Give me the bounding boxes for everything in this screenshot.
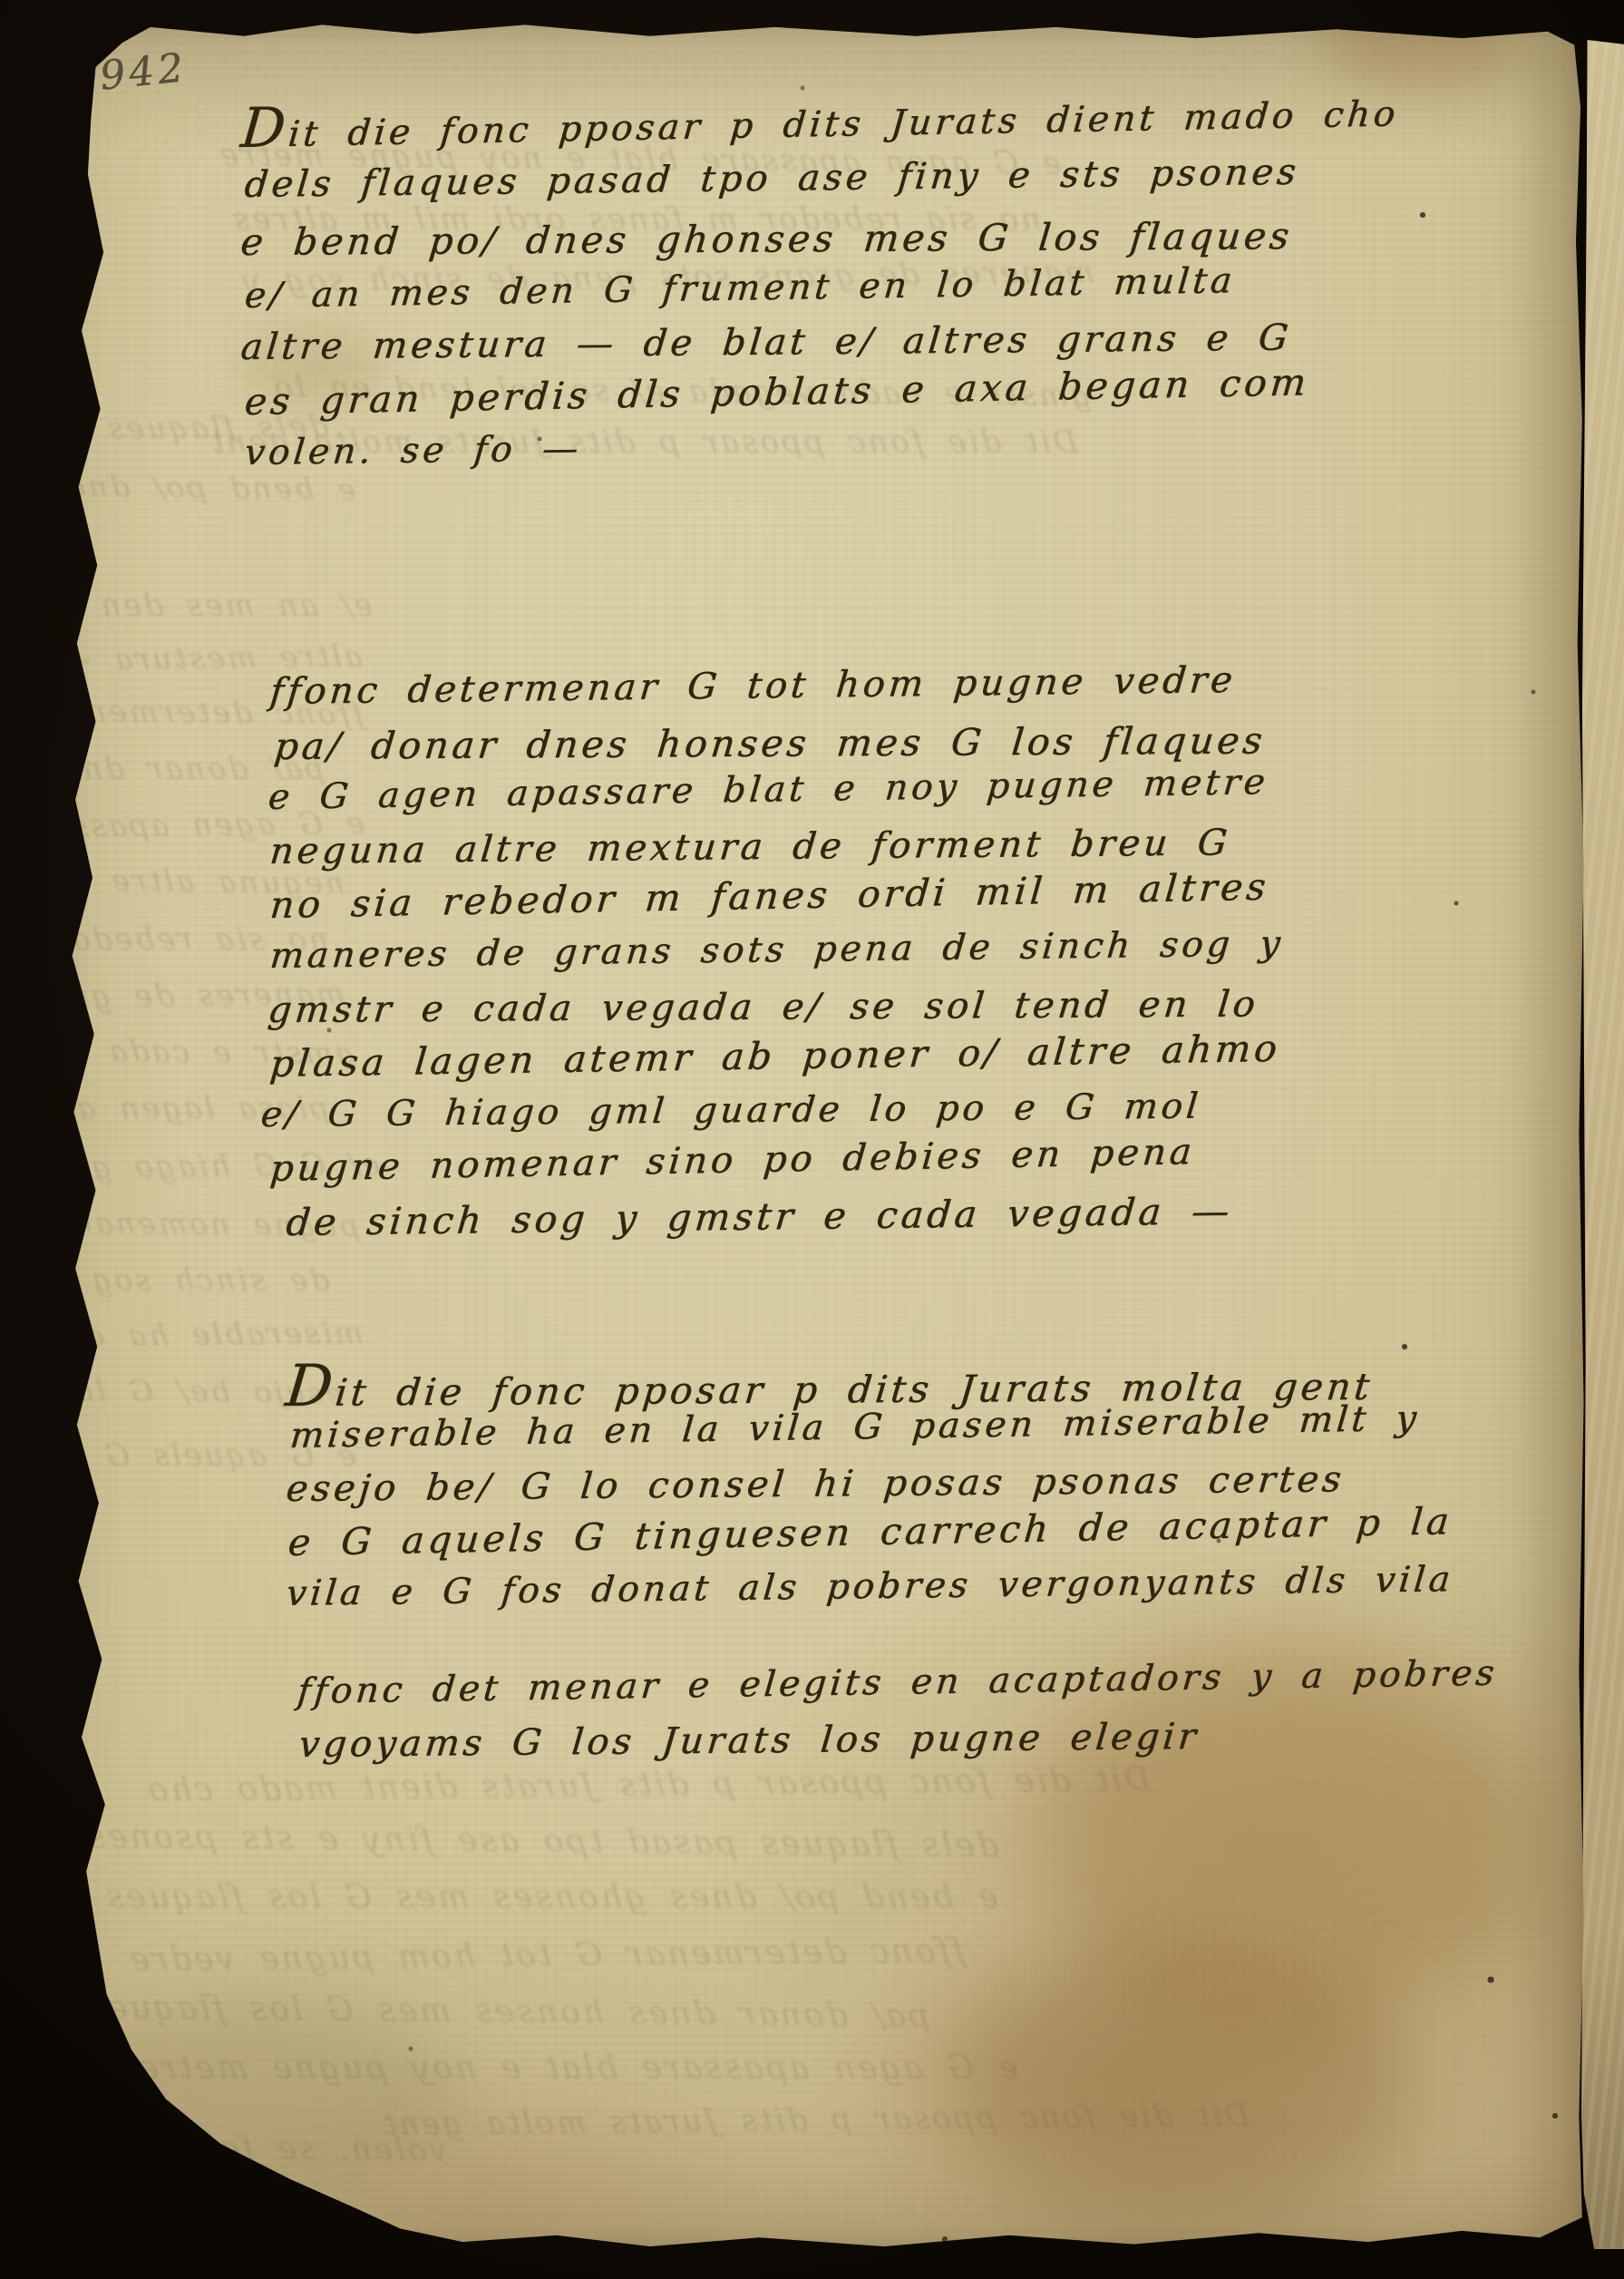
bleedthrough-line: e bend po/ dnes bbox=[45, 468, 357, 507]
text-line: dels flaques pasad tpo ase finy e sts ps… bbox=[243, 151, 1301, 206]
bleedthrough-line: e G agen apassare blat e noy pugne metre bbox=[134, 2050, 1020, 2087]
bleedthrough-line: altre mestura — bbox=[56, 638, 365, 677]
bleedthrough-line: gmstr e cada ve bbox=[44, 1032, 357, 1071]
bleedthrough-line: gmstr e cada vegada e/ se sol tend en lo bbox=[270, 369, 1093, 414]
stain-top-right bbox=[1322, 0, 1522, 91]
text-line: no sia rebedor m fanes ordi mil m altres bbox=[268, 865, 1271, 927]
bleedthrough-line: miserable ha en bbox=[60, 1315, 365, 1353]
bleedthrough-line: no sia rebedor bbox=[51, 921, 330, 957]
paper-texture bbox=[25, 18, 1587, 2251]
handwritten-text-layer: Dit die fonc pposar p dits Jurats dient … bbox=[25, 18, 1587, 2251]
text-line: ffonc determenar G tot hom pugne vedre bbox=[268, 659, 1238, 713]
bleedthrough-line: e G agen apassare blat e noy pugne metre bbox=[216, 137, 1064, 182]
stain-bottom-right-2 bbox=[941, 1950, 1413, 2222]
text-line: maneres de grans sots pena de sinch sog … bbox=[268, 923, 1286, 977]
bleedthrough-line: esejo be/ G lo bbox=[71, 1372, 345, 1410]
manuscript-page: e G agen apassare blat e noy pugne metre… bbox=[25, 18, 1587, 2251]
page-number: 942 bbox=[98, 44, 190, 100]
text-line: e/ G G hiago gml guarde lo po e G mol bbox=[259, 1086, 1203, 1135]
bleedthrough-line: e/ an mes den G bbox=[49, 588, 374, 623]
bleedthrough-line: maneres de grans sots pena de sinch sog … bbox=[238, 255, 1096, 300]
page-vignette bbox=[25, 18, 1587, 2251]
text-line: de sinch sog y gmstr e cada vegada — bbox=[285, 1189, 1235, 1244]
bleedthrough-line: Dit die fonc pposar p dits Jurats molta … bbox=[379, 2098, 1251, 2143]
bleedthrough-line: pugne nomenar s bbox=[34, 1204, 361, 1243]
text-line: e/ an mes den G frument en lo blat multa bbox=[243, 260, 1237, 317]
bleedthrough-text-layer: e G agen apassare blat e noy pugne metre… bbox=[25, 18, 1587, 2251]
text-line: vgoyams G los Jurats los pugne elegir bbox=[297, 1716, 1201, 1766]
bleedthrough-line: ffonc determenar G tot hom pugne vedre bbox=[125, 1933, 967, 1979]
text-line: plasa lagen atemr ab poner o/ altre ahmo bbox=[268, 1027, 1282, 1086]
text-line: Dit die fonc pposar p dits Jurats dient … bbox=[238, 85, 1401, 156]
bleedthrough-line: e bend po/ dnes ghonses mes G los flaque… bbox=[102, 1879, 1000, 1916]
text-line: volen. se fo — bbox=[243, 428, 583, 473]
bleedthrough-line: de sinch sog y bbox=[47, 1262, 331, 1298]
ink-specks bbox=[0, 0, 2, 2]
bleedthrough-line: pa/ donar dnes bbox=[40, 751, 326, 786]
text-line: miserable ha en la vila G pasen miserabl… bbox=[288, 1398, 1422, 1456]
bleedthrough-line: Dit die fonc pposar p dits Jurats molta … bbox=[207, 424, 1080, 461]
text-line: Dit die fonc pposar p dits Jurats molta … bbox=[283, 1357, 1376, 1415]
stain-upper-left bbox=[243, 326, 388, 408]
text-line: pugne nomenar sino po debies en pena bbox=[268, 1131, 1197, 1190]
bleedthrough-line: volen. se fo — bbox=[161, 2129, 449, 2168]
bleedthrough-line: no sia rebedor m fanes ordi mil m altres bbox=[229, 201, 1043, 238]
bleedthrough-line: neguna altre me bbox=[34, 862, 346, 901]
text-line: esejo be/ G lo consel hi posas psonas ce… bbox=[285, 1458, 1347, 1510]
adjacent-page-edge bbox=[1581, 40, 1624, 2249]
text-line: altre mestura — de blat e/ altres grans … bbox=[239, 317, 1294, 367]
text-line: e G agen apassare blat e noy pugne metre bbox=[267, 762, 1270, 818]
bleedthrough-line: dels flaques pa bbox=[40, 408, 330, 446]
bleedthrough-line: Dit die fonc pposar p dits Jurats dient … bbox=[143, 1761, 1152, 1809]
text-line: neguna altre mextura de forment breu G bbox=[268, 822, 1232, 872]
text-line: gmstr e cada vegada e/ se sol tend en lo bbox=[266, 984, 1260, 1031]
text-line: pa/ donar dnes honses mes G los flaques bbox=[272, 719, 1268, 768]
bleedthrough-line: pa/ donar dnes honses mes G los flaques bbox=[84, 1989, 931, 2035]
stain-bottom-right bbox=[1032, 1641, 1540, 2031]
stain-bottom-left bbox=[80, 1995, 461, 2195]
text-line: e bend po/ dnes ghonses mes G los flaque… bbox=[238, 214, 1294, 264]
bleedthrough-line: e/ G G hiago gm bbox=[56, 1146, 382, 1185]
folio-number: 934 bbox=[168, 2178, 232, 2223]
text-line: vila e G fos donat als pobres vergonyant… bbox=[285, 1559, 1455, 1614]
text-line: e G aquels G tinguesen carrech de acapta… bbox=[287, 1499, 1454, 1564]
text-line: es gran perdis dls poblats e axa began c… bbox=[243, 360, 1311, 424]
manuscript-scan: e G agen apassare blat e noy pugne metre… bbox=[0, 0, 1624, 2279]
bleedthrough-line: ffonc determena bbox=[62, 693, 365, 731]
text-line: ffonc det menar e elegits en acaptadors … bbox=[296, 1653, 1499, 1712]
bleedthrough-line: maneres de gran bbox=[27, 976, 347, 1015]
bleedthrough-line: e G aquels G ti bbox=[53, 1437, 357, 1473]
bleedthrough-line: e G agen apassa bbox=[47, 805, 366, 844]
bleedthrough-line: dels flaques pasad tpo ase finy e sts ps… bbox=[84, 1818, 1000, 1865]
bleedthrough-line: plasa lagen ate bbox=[38, 1090, 331, 1125]
